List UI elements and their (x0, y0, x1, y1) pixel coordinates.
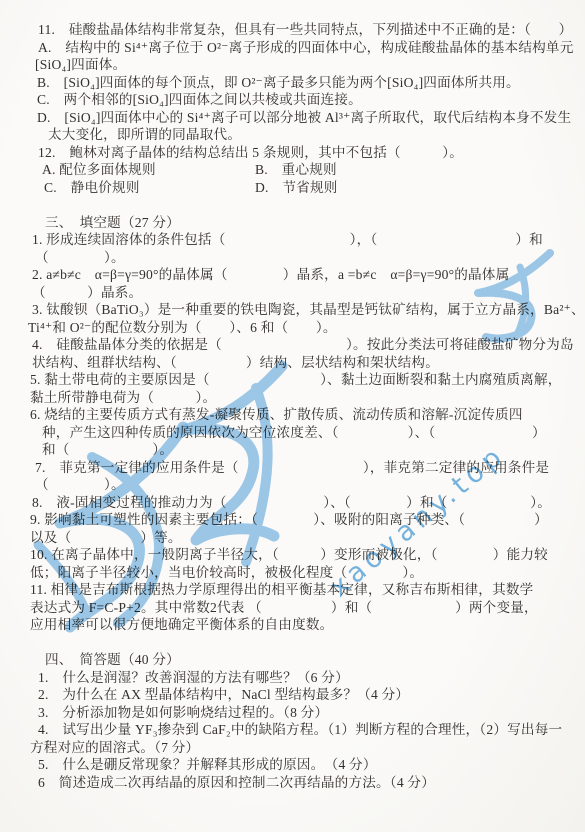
text-line: 2. 为什么在 AX 型晶体结构中，NaCl 型结构最多？（4 分） (0, 686, 585, 704)
text-line: 4. 试写出少量 YF₃掺杂到 CaF₂中的缺陷方程。（1）判断方程的合理性，（… (0, 721, 585, 739)
text-line: 黏土所带静电荷为（ ）。 (0, 389, 585, 407)
text-line (0, 634, 585, 652)
text-line: 四、 简答题（40 分） (0, 651, 585, 669)
text-line: 三、 填空题（27 分） (0, 214, 585, 232)
text-line: A. 结构中的 Si⁴⁺离子位于 O²⁻离子形成的四面体中心，构成硅酸盐晶体的基… (0, 39, 585, 57)
text-line: [SiO₄]四面体。 (0, 56, 585, 74)
text-line: 方程对应的固溶式。（7 分） (0, 739, 585, 757)
text-line: 4. 硅酸盐晶体分类的依据是（ ）。按此分类法可将硅酸盐矿物分为岛 (0, 336, 585, 354)
text-line: （ ）。 (0, 249, 585, 267)
text-line: （ ）。 (0, 476, 585, 494)
text-line: 12. 鲍林对离子晶体的结构总结出 5 条规则，其中不包括（ ）。 (0, 144, 585, 162)
text-line: 状结构、组群状结构、（ ）结构、层状结构和架状结构。 (0, 354, 585, 372)
text-line: 3. 分析添加物是如何影响烧结过程的。（8 分） (0, 704, 585, 722)
text-line: Ti⁴⁺和 O²⁻的配位数分别为（ ）、6 和（ ）。 (0, 319, 585, 337)
scanned-exam-page: xaoyany.top 11. 硅酸盐晶体结构非常复杂，但具有一些共同特点，下列… (0, 0, 585, 832)
text-line: （ ）晶系。 (0, 284, 585, 302)
option-label: D. 节省规则 (255, 179, 338, 197)
text-line: 5. 什么是硼反常现象？并解释其形成的原因。 （4 分） (0, 756, 585, 774)
text-line: 太大变化，即所谓的同晶取代。 (0, 126, 585, 144)
text-line: C. 两个相邻的[SiO₄]四面体之间以共棱或共面连接。 (0, 91, 585, 109)
option-row: A. 配位多面体规则B. 重心规则 (0, 161, 585, 179)
text-line: 低；阳离子半径较小，当电价较高时，被极化程度（ ）。 (0, 564, 585, 582)
document-body: 11. 硅酸盐晶体结构非常复杂，但具有一些共同特点，下列描述中不正确的是：（ ）… (0, 21, 585, 791)
text-line: 1. 什么是润湿？改善润湿的方法有哪些？（6 分） (0, 669, 585, 687)
text-line: 2. a≠b≠c α=β=γ=90°的晶体属（ ）晶系，a =b≠c α=β=γ… (0, 266, 585, 284)
text-line: 11. 硅酸盐晶体结构非常复杂，但具有一些共同特点，下列描述中不正确的是：（ ） (0, 21, 585, 39)
option-label: C. 静电价规则 (44, 179, 140, 197)
text-line: 6. 烧结的主要传质方式有蒸发-凝聚传质、扩散传质、流动传质和溶解-沉淀传质四 (0, 406, 585, 424)
option-label: A. 配位多面体规则 (42, 161, 156, 179)
text-line: 应用相率可以很方便地确定平衡体系的自由度数。 (0, 616, 585, 634)
text-line: 表达式为 F=C-P+2。其中常数2代表 （ ）和（ ）两个变量， (0, 599, 585, 617)
text-line: 10. 在离子晶体中，一般阴离子半径大，（ ）变形而被极化，（ ）能力较 (0, 546, 585, 564)
text-line: 8. 液-固相变过程的推动力为（ ）、（ ）和（ ）。 (0, 494, 585, 512)
option-row: C. 静电价规则D. 节省规则 (0, 179, 585, 197)
text-line: 6 简述造成二次再结晶的原因和控制二次再结晶的方法。（4 分） (0, 774, 585, 792)
text-line: 3. 钛酸钡（BaTiO₃）是一种重要的铁电陶瓷，其晶型是钙钛矿结构，属于立方晶… (0, 301, 585, 319)
text-line: 种，产生这四种传质的原因依次为空位浓度差、（ ）、（ ） (0, 424, 585, 442)
text-line: 1. 形成连续固溶体的条件包括（ ），（ ）和 (0, 231, 585, 249)
text-line: D. [SiO₄]四面体中心的 Si⁴⁺离子可以部分地被 Al³⁺离子所取代，取… (0, 109, 585, 127)
text-line: 11. 相律是吉布斯根据热力学原理得出的相平衡基本定律，又称吉布斯相律，其数学 (0, 581, 585, 599)
text-line: 和（ ）。 (0, 441, 585, 459)
text-line: 7. 菲克第一定律的应用条件是（ ），菲克第二定律的应用条件是 (0, 459, 585, 477)
text-line: B. [SiO₄]四面体的每个顶点，即 O²⁻离子最多只能为两个[SiO₄]四面… (0, 74, 585, 92)
text-line: 9. 影响黏土可塑性的因素主要包括：（ ）、吸附的阳离子种类、（ ） (0, 511, 585, 529)
text-line (0, 196, 585, 214)
option-label: B. 重心规则 (255, 161, 337, 179)
text-line: 5. 黏土带电荷的主要原因是（ ）、黏土边面断裂和黏土内腐殖质离解， (0, 371, 585, 389)
text-line: 以及（ ）等。 (0, 529, 585, 547)
